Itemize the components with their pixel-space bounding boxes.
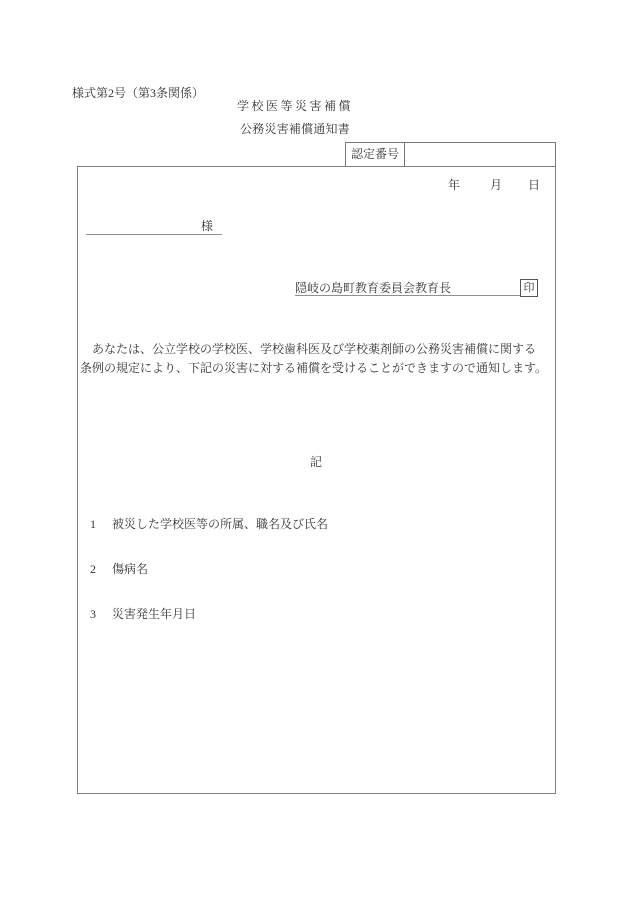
document-page: 様式第2号（第3条関係） 学校医等災害補償 公務災害補償通知書 認定番号 年月日… — [0, 0, 630, 915]
certification-number-label: 認定番号 — [346, 143, 405, 166]
addressee-honorific: 様 — [201, 219, 213, 233]
issuer-signature-line: 隠岐の島町教育委員会教育長 — [295, 281, 520, 296]
seal-label: 印 — [524, 282, 535, 294]
form-border-box — [77, 166, 556, 794]
notification-body: あなたは、公立学校の学校医、学校歯科医及び学校薬剤師の公務災害補償に関する 条例… — [80, 340, 554, 378]
certification-number-box: 認定番号 — [345, 142, 556, 167]
list-item-1: 1被災した学校医等の所属、職名及び氏名 — [90, 515, 328, 532]
seal-box: 印 — [520, 279, 538, 297]
body-line-2: 条例の規定により、下記の災害に対する補償を受けることができますので通知します。 — [80, 359, 554, 378]
list-item-2: 2傷病名 — [90, 560, 148, 577]
document-title: 学校医等災害補償 公務災害補償通知書 — [0, 97, 590, 137]
date-line: 年月日 — [448, 176, 540, 193]
certification-number-value — [405, 143, 555, 166]
item-label: 傷病名 — [112, 562, 148, 576]
list-item-3: 3災害発生年月日 — [90, 605, 196, 622]
issuer-title: 隠岐の島町教育委員会教育長 — [295, 281, 451, 295]
item-number: 1 — [90, 517, 112, 532]
item-number: 3 — [90, 607, 112, 622]
item-number: 2 — [90, 562, 112, 577]
addressee-blank-line: 様 — [86, 219, 222, 235]
title-line-2: 公務災害補償通知書 — [0, 120, 590, 137]
record-heading: 記 — [0, 453, 630, 470]
date-day-label: 日 — [528, 178, 540, 192]
date-year-label: 年 — [448, 178, 460, 192]
item-label: 被災した学校医等の所属、職名及び氏名 — [112, 517, 328, 531]
date-month-label: 月 — [490, 178, 502, 192]
title-line-1: 学校医等災害補償 — [0, 97, 590, 114]
body-line-1: あなたは、公立学校の学校医、学校歯科医及び学校薬剤師の公務災害補償に関する — [80, 340, 554, 359]
item-label: 災害発生年月日 — [112, 607, 196, 621]
